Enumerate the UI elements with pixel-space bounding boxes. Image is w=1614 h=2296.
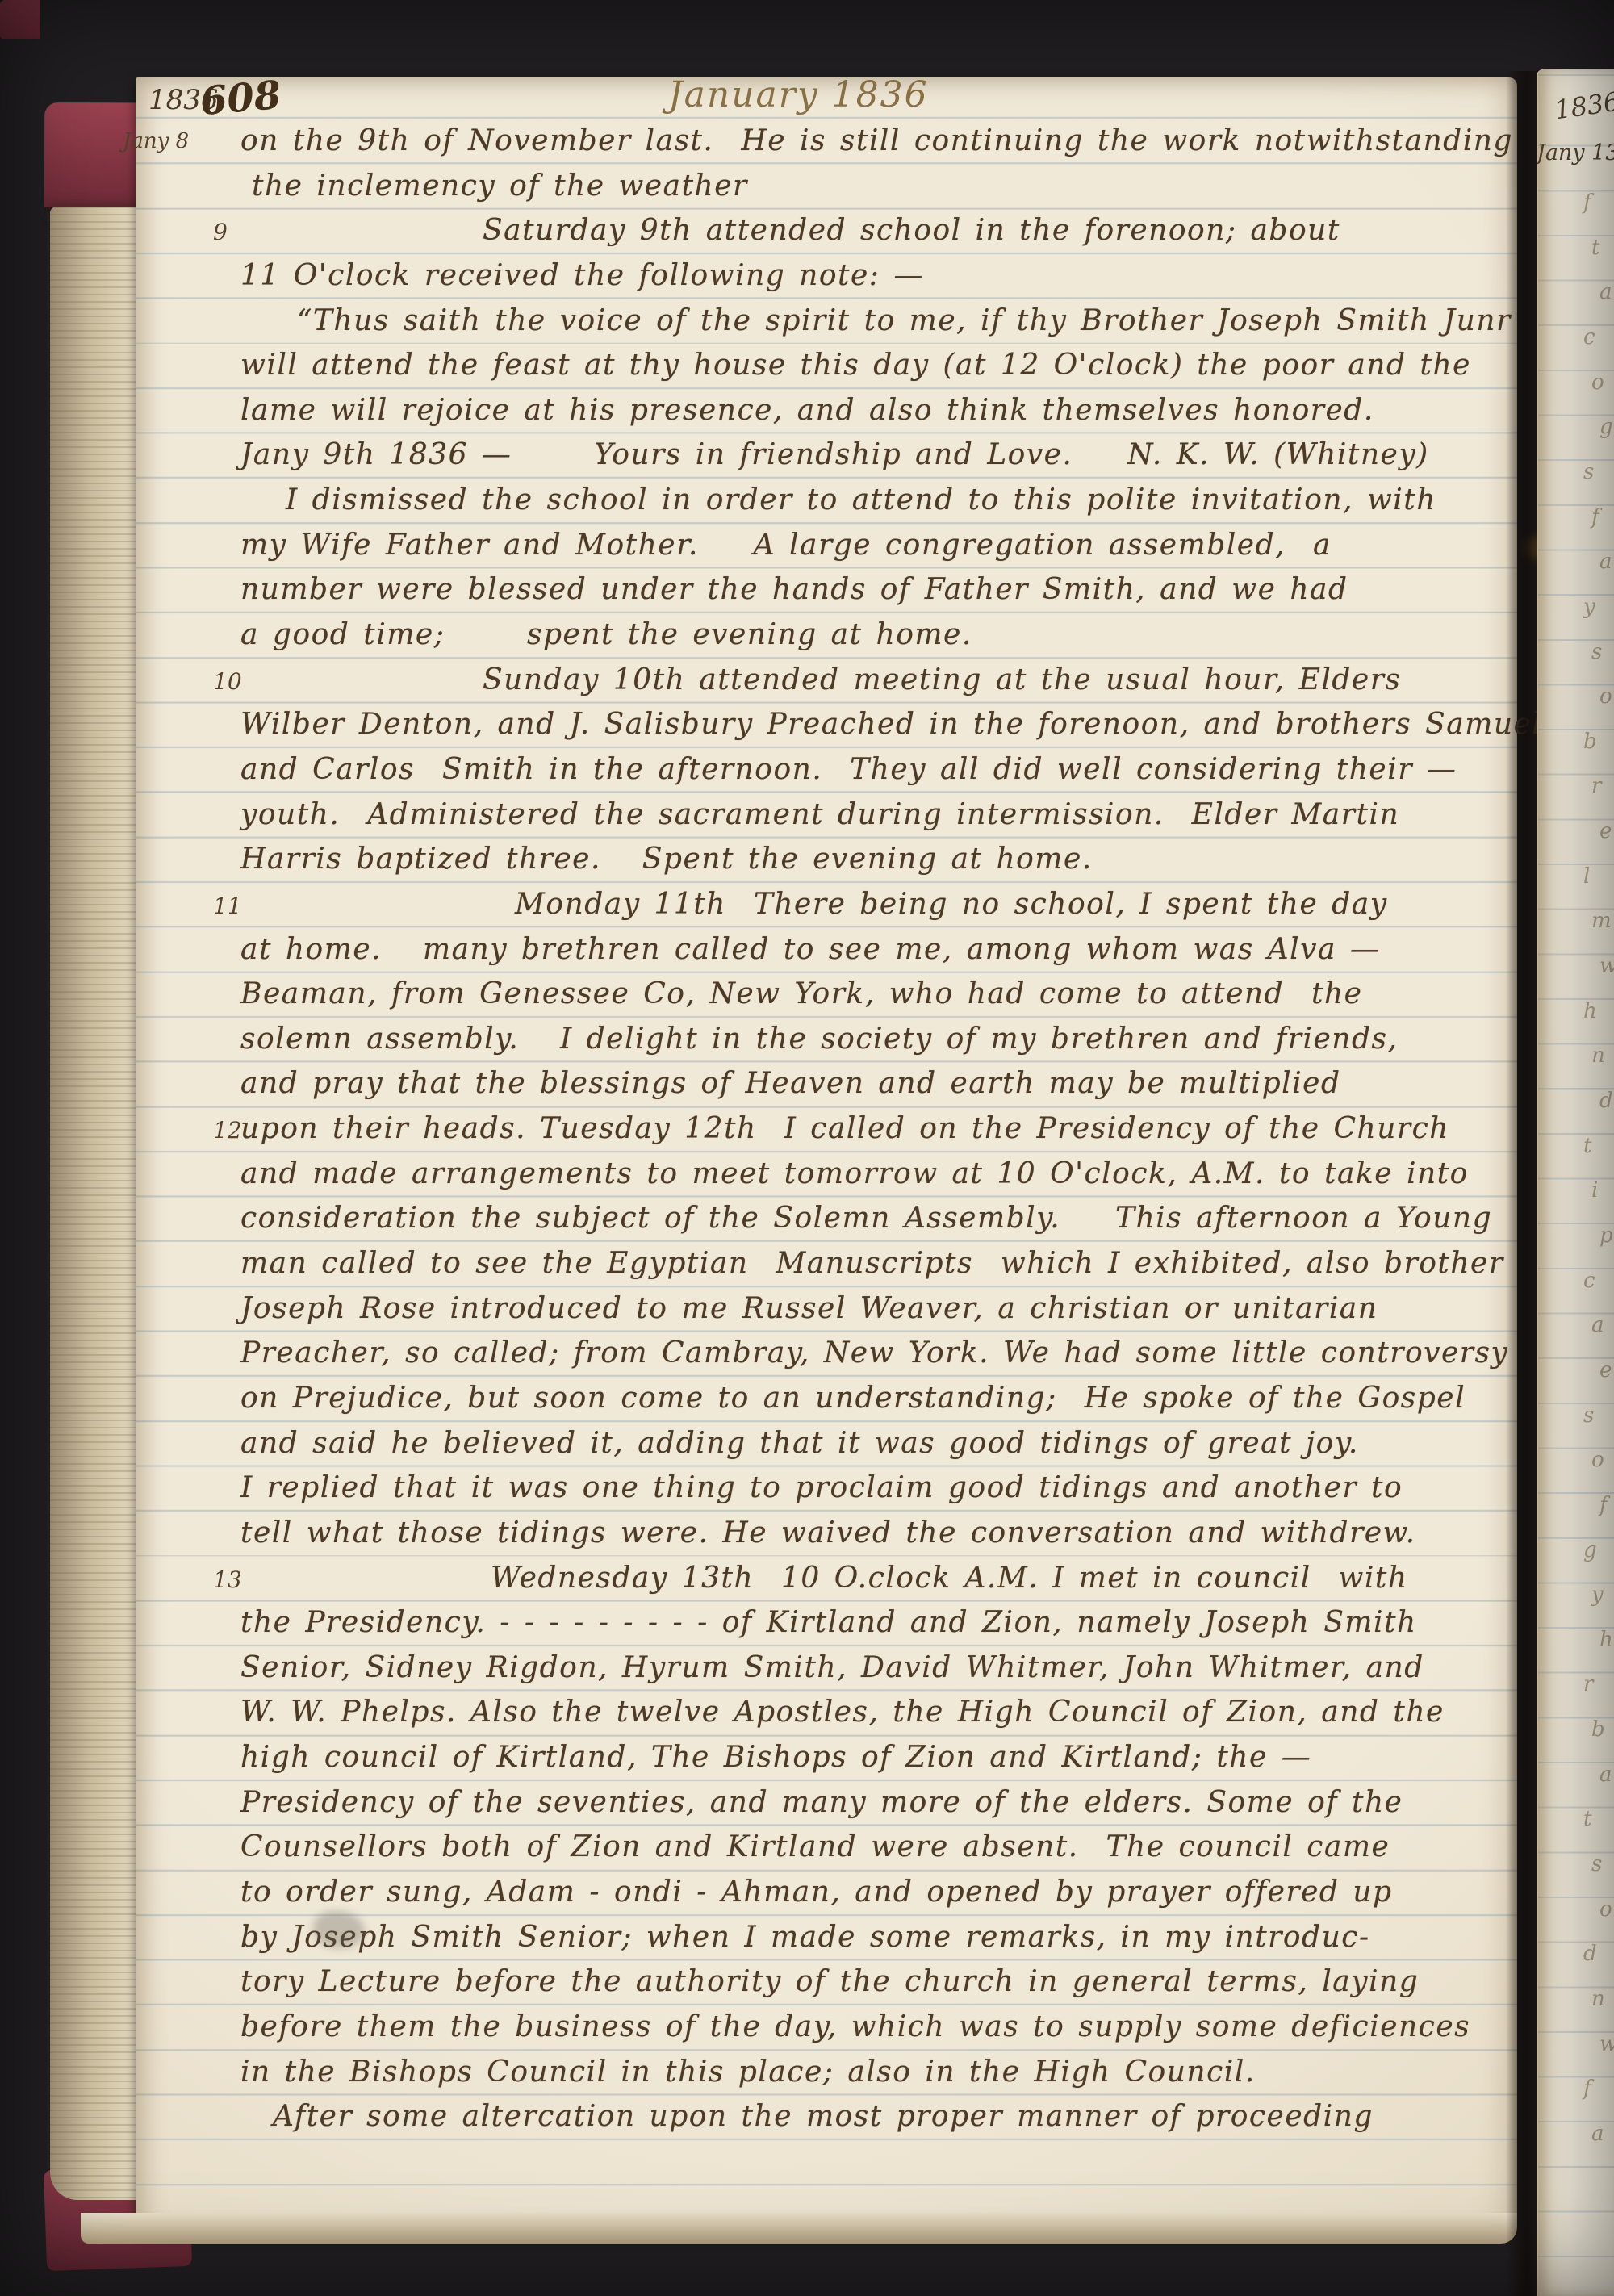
journal-line-text: and pray that the blessings of Heaven an… [136, 1067, 1341, 1100]
journal-line-text: number were blessed under the hands of F… [136, 573, 1348, 606]
cut-off-letter-fragment: n [1591, 1043, 1605, 1068]
journal-line: Beaman, from Genessee Co, New York, who … [136, 977, 1517, 1023]
journal-page: 1836 608 January 1836 Jany 8on the 9th o… [136, 77, 1517, 2234]
journal-line-text: lame will rejoice at his presence, and a… [136, 394, 1374, 427]
cut-off-letter-fragment: a [1599, 1763, 1612, 1787]
cut-off-letter-fragment: y [1583, 595, 1595, 619]
journal-line: “Thus saith the voice of the spirit to m… [136, 304, 1517, 349]
cut-off-letter-fragment: c [1583, 1269, 1595, 1293]
journal-line: and pray that the blessings of Heaven an… [136, 1067, 1517, 1112]
journal-line-text: tory Lecture before the authority of the… [136, 1965, 1419, 1998]
journal-line-text: Presidency of the seventies, and many mo… [136, 1786, 1403, 1819]
cut-off-letter-fragment: d [1599, 1089, 1613, 1113]
margin-day-note: 12 [213, 1117, 242, 1144]
journal-line-text: I dismissed the school in order to atten… [136, 483, 1436, 516]
journal-line: 9Saturday 9th attended school in the for… [136, 214, 1517, 259]
cut-off-letter-fragment: t [1583, 1807, 1591, 1831]
cut-off-letter-fragment: r [1591, 774, 1601, 798]
cut-off-letter-fragment: f [1583, 190, 1591, 215]
cut-off-letter-fragment: b [1591, 1717, 1605, 1742]
cut-off-letter-fragment: w [1599, 2032, 1614, 2056]
journal-line: I dismissed the school in order to atten… [136, 483, 1517, 529]
journal-line: the Presidency. - - - - - - - - - of Kir… [136, 1606, 1517, 1651]
cut-off-letter-fragment: n [1591, 1987, 1605, 2011]
cut-off-letter-fragment: l [1583, 864, 1590, 889]
facing-book-cover-sliver [0, 0, 40, 39]
journal-line: solemn assembly. I delight in the societ… [136, 1023, 1517, 1068]
margin-day-note: 9 [213, 219, 228, 245]
journal-line: After some altercation upon the most pro… [136, 2100, 1517, 2145]
cut-off-letter-fragment: g [1583, 1538, 1597, 1562]
cut-off-letter-fragment: a [1599, 550, 1612, 574]
cut-off-letter-fragment: s [1591, 1852, 1602, 1876]
journal-line-text: man called to see the Egyptian Manuscrip… [136, 1247, 1504, 1280]
cut-off-letter-fragment: o [1599, 1897, 1612, 1922]
journal-line: lame will rejoice at his presence, and a… [136, 394, 1517, 439]
journal-line-text: my Wife Father and Mother. A large congr… [136, 529, 1332, 562]
journal-line: Preacher, so called; from Cambray, New Y… [136, 1336, 1517, 1382]
cut-off-letter-fragment: a [1591, 1313, 1604, 1337]
cut-off-letter-fragment: f [1583, 2076, 1591, 2101]
journal-line: a good time; spent the evening at home. [136, 618, 1517, 663]
journal-line-text: at home. many brethren called to see me,… [136, 933, 1380, 966]
facing-page-edge: 1836 Jany 13 C ftacogsfaysobrelmwhndtipc… [1537, 69, 1614, 2296]
cut-off-letter-fragment: p [1599, 1223, 1613, 1248]
journal-line: number were blessed under the hands of F… [136, 573, 1517, 618]
journal-line-text: Sunday 10th attended meeting at the usua… [136, 663, 1401, 696]
cut-off-letter-fragment: o [1599, 684, 1612, 709]
cut-off-letter-fragment: f [1591, 505, 1599, 529]
page-bottom-curl [81, 2213, 1517, 2244]
journal-line: tory Lecture before the authority of the… [136, 1965, 1517, 2010]
cut-off-letter-fragment: h [1599, 1628, 1613, 1652]
cut-off-letter-fragment: e [1599, 819, 1612, 843]
journal-line: youth. Administered the sacrament during… [136, 798, 1517, 843]
journal-line-text: Harris baptized three. Spent the evening… [136, 843, 1093, 876]
journal-line: and said he believed it, adding that it … [136, 1427, 1517, 1472]
cut-off-letter-fragment: a [1591, 2122, 1604, 2146]
cut-off-letter-fragment: g [1599, 415, 1613, 439]
journal-line-text: Beaman, from Genessee Co, New York, who … [136, 977, 1362, 1010]
journal-line: Senior, Sidney Rigdon, Hyrum Smith, Davi… [136, 1651, 1517, 1696]
journal-line-text: before them the business of the day, whi… [136, 2010, 1470, 2043]
journal-line-text: Preacher, so called; from Cambray, New Y… [136, 1336, 1508, 1370]
journal-line: W. W. Phelps. Also the twelve Apostles, … [136, 1696, 1517, 1741]
journal-line: 10Sunday 10th attended meeting at the us… [136, 663, 1517, 709]
photograph-backdrop: 1836 608 January 1836 Jany 8on the 9th o… [0, 0, 1614, 2296]
journal-line: the inclemency of the weather [136, 169, 1517, 215]
facing-page-year-label: 1836 [1553, 86, 1614, 126]
journal-line-text: solemn assembly. I delight in the societ… [136, 1023, 1398, 1056]
cut-off-letter-fragment: a [1599, 280, 1612, 304]
journal-line-text: the Presidency. - - - - - - - - - of Kir… [136, 1606, 1417, 1639]
margin-day-note: Jany 8 [123, 129, 189, 153]
cut-off-letter-fragment: t [1583, 1134, 1591, 1158]
page-stack-edge [50, 207, 140, 2200]
journal-line: and Carlos Smith in the afternoon. They … [136, 753, 1517, 798]
journal-line-text: on the 9th of November last. He is still… [136, 124, 1513, 157]
cut-off-letter-fragment: s [1591, 640, 1602, 664]
journal-line: at home. many brethren called to see me,… [136, 933, 1517, 978]
journal-line-text: the inclemency of the weather [136, 169, 748, 203]
journal-line-text: Monday 11th There being no school, I spe… [136, 888, 1388, 921]
journal-line-text: tell what those tidings were. He waived … [136, 1516, 1416, 1549]
journal-line-text: W. W. Phelps. Also the twelve Apostles, … [136, 1696, 1445, 1729]
cut-off-letter-fragment: t [1591, 236, 1599, 260]
journal-line-text: on Prejudice, but soon come to an unders… [136, 1382, 1466, 1415]
cut-off-letter-fragment: m [1591, 909, 1612, 933]
cut-off-letter-fragment: o [1591, 370, 1604, 395]
journal-line: consideration the subject of the Solemn … [136, 1202, 1517, 1247]
cut-off-letter-fragment: w [1599, 954, 1614, 978]
journal-line: will attend the feast at thy house this … [136, 349, 1517, 394]
journal-line: 11Monday 11th There being no school, I s… [136, 888, 1517, 933]
pencil-smudge [313, 1911, 365, 1948]
journal-line: Jany 9th 1836 — Yours in friendship and … [136, 438, 1517, 483]
journal-line-text: upon their heads. Tuesday 12th I called … [136, 1112, 1449, 1145]
journal-line: Wilber Denton, and J. Salisbury Preached… [136, 708, 1517, 753]
journal-line: my Wife Father and Mother. A large congr… [136, 529, 1517, 574]
journal-line-text: a good time; spent the evening at home. [136, 618, 972, 651]
cut-off-letter-fragment: o [1591, 1448, 1604, 1472]
cut-off-letter-fragment: s [1583, 1403, 1594, 1428]
journal-line-text: Jany 9th 1836 — Yours in friendship and … [136, 438, 1429, 471]
month-header: January 1836 [668, 74, 929, 115]
journal-line: Presidency of the seventies, and many mo… [136, 1786, 1517, 1831]
journal-line: 12upon their heads. Tuesday 12th I calle… [136, 1112, 1517, 1157]
journal-line: 13Wednesday 13th 10 O.clock A.M. I met i… [136, 1562, 1517, 1607]
journal-line: in the Bishops Council in this place; al… [136, 2056, 1517, 2101]
cut-off-letter-fragment: d [1583, 1942, 1597, 1966]
journal-line-text: Counsellors both of Zion and Kirtland we… [136, 1830, 1390, 1863]
margin-day-note: 11 [213, 893, 242, 919]
journal-line-text: Saturday 9th attended school in the fore… [136, 214, 1340, 247]
cut-off-letter-fragment: f [1599, 1493, 1608, 1517]
journal-line-text: consideration the subject of the Solemn … [136, 1202, 1492, 1235]
journal-line: man called to see the Egyptian Manuscrip… [136, 1247, 1517, 1292]
journal-line: Jany 8on the 9th of November last. He is… [136, 124, 1517, 169]
cut-off-letter-fragment: s [1583, 460, 1594, 484]
journal-line-text: and said he believed it, adding that it … [136, 1427, 1359, 1460]
journal-line-text: I replied that it was one thing to procl… [136, 1471, 1403, 1504]
cut-off-letter-fragment: r [1583, 1672, 1593, 1696]
journal-line-text: will attend the feast at thy house this … [136, 349, 1471, 382]
journal-line-text: Wilber Denton, and J. Salisbury Preached… [136, 708, 1542, 741]
journal-line: and made arrangements to meet tomorrow a… [136, 1157, 1517, 1202]
journal-line-text: youth. Administered the sacrament during… [136, 798, 1399, 831]
journal-line: on Prejudice, but soon come to an unders… [136, 1382, 1517, 1427]
journal-line-text: “Thus saith the voice of the spirit to m… [136, 304, 1512, 337]
facing-page-margin-note: Jany 13 C [1537, 140, 1614, 165]
cut-off-letter-fragment: e [1599, 1358, 1612, 1382]
journal-line: high council of Kirtland, The Bishops of… [136, 1741, 1517, 1786]
page-number: 608 [199, 73, 283, 125]
journal-line-text: 11 O'clock received the following note: … [136, 259, 924, 292]
journal-line: before them the business of the day, whi… [136, 2010, 1517, 2056]
cut-off-letter-fragment: c [1583, 325, 1595, 349]
journal-line-text: Joseph Rose introduced to me Russel Weav… [136, 1292, 1378, 1325]
cut-off-letter-fragment: y [1591, 1583, 1604, 1607]
journal-line-text: high council of Kirtland, The Bishops of… [136, 1741, 1311, 1774]
margin-day-note: 13 [213, 1566, 242, 1593]
journal-line-text: to order sung, Adam - ondi - Ahman, and … [136, 1876, 1393, 1909]
journal-line: 11 O'clock received the following note: … [136, 259, 1517, 304]
journal-line: I replied that it was one thing to procl… [136, 1471, 1517, 1516]
journal-line: tell what those tidings were. He waived … [136, 1516, 1517, 1562]
journal-line: Counsellors both of Zion and Kirtland we… [136, 1830, 1517, 1876]
journal-line-text: in the Bishops Council in this place; al… [136, 2056, 1256, 2089]
cut-off-letter-fragment: i [1591, 1178, 1598, 1202]
cut-off-letter-fragment: h [1583, 999, 1597, 1023]
journal-line-text: Wednesday 13th 10 O.clock A.M. I met in … [136, 1562, 1408, 1595]
journal-line-text: Senior, Sidney Rigdon, Hyrum Smith, Davi… [136, 1651, 1424, 1684]
cut-off-letter-fragment: b [1583, 730, 1597, 754]
journal-line: Harris baptized three. Spent the evening… [136, 843, 1517, 888]
journal-line-text: and made arrangements to meet tomorrow a… [136, 1157, 1469, 1190]
journal-lines: Jany 8on the 9th of November last. He is… [136, 124, 1517, 2145]
journal-line-text: and Carlos Smith in the afternoon. They … [136, 753, 1457, 786]
margin-day-note: 10 [213, 668, 242, 695]
journal-line: Joseph Rose introduced to me Russel Weav… [136, 1292, 1517, 1337]
journal-line-text: After some altercation upon the most pro… [136, 2100, 1374, 2133]
